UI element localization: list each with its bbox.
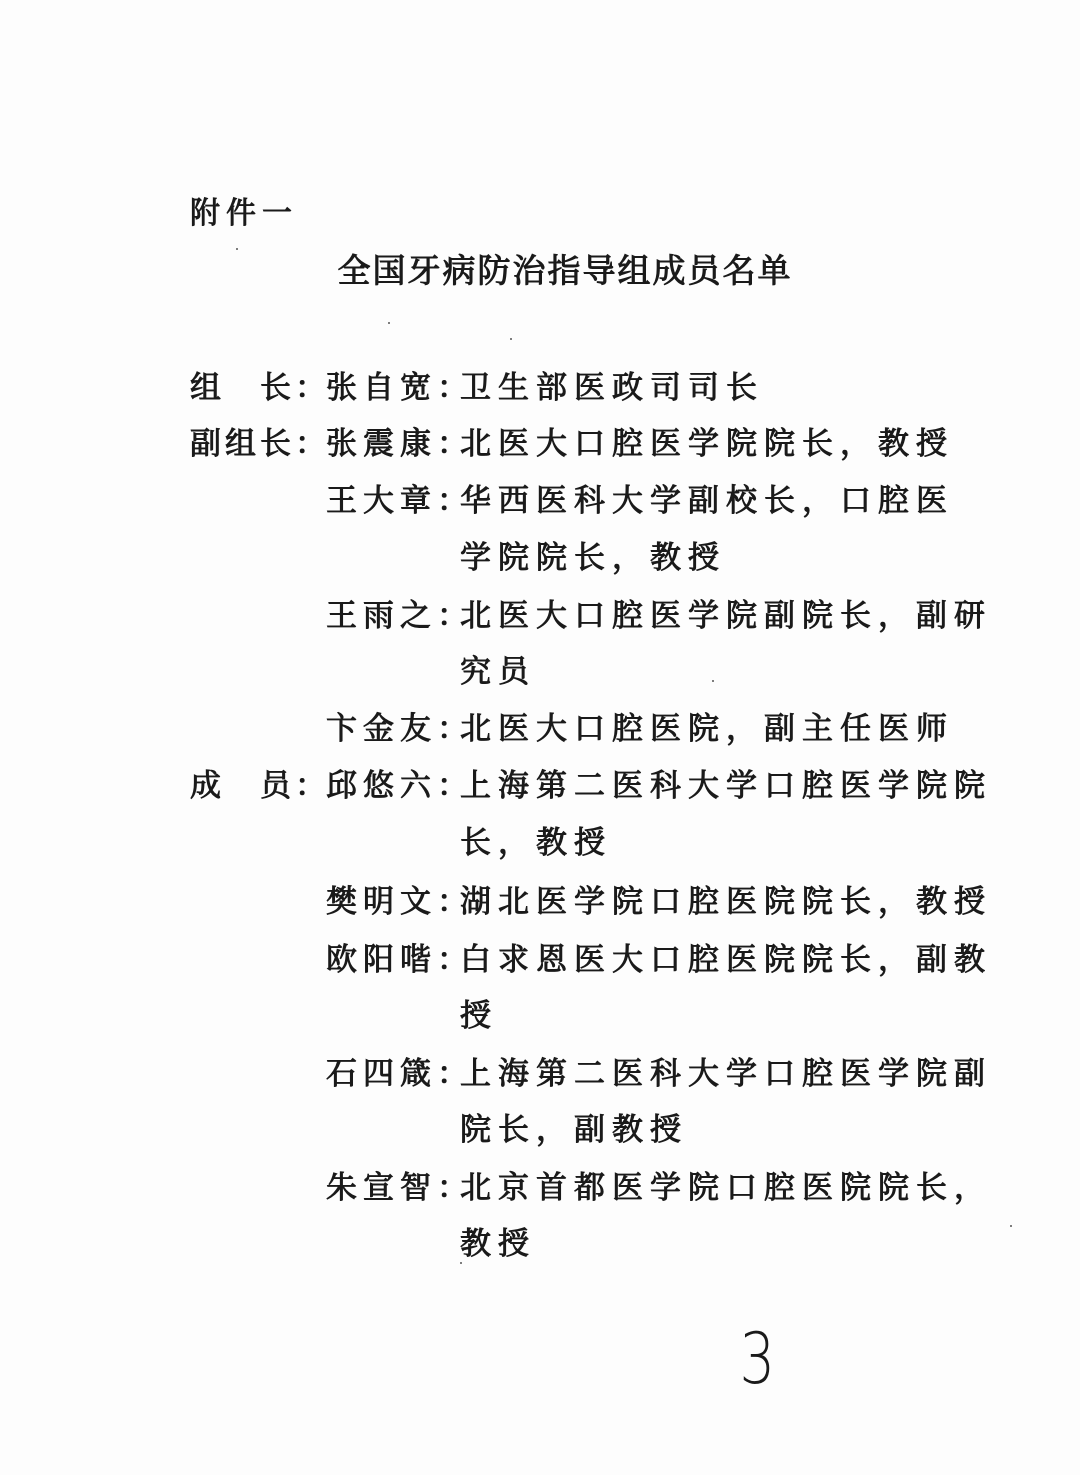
handwritten-page-number: 3 <box>739 1318 775 1400</box>
role-label-deputy-leader: 副组长： <box>190 418 310 463</box>
member-name: 卞金友： <box>326 703 474 748</box>
document-title: 全国牙病防治指导组成员名单 <box>0 245 1080 292</box>
role-label-leader: 组 长： <box>190 362 310 407</box>
member-name: 樊明文： <box>326 876 474 921</box>
scan-speck <box>1010 1225 1012 1227</box>
member-title: 北京首都医学院口腔医院院长， <box>460 1162 992 1207</box>
member-title-continued: 授 <box>460 990 498 1035</box>
member-name: 王大章： <box>326 475 474 520</box>
member-name: 张震康： <box>326 418 474 463</box>
scan-speck <box>510 338 512 340</box>
member-name: 邱悠六： <box>326 760 474 805</box>
scan-speck <box>236 248 238 250</box>
member-title-continued: 院长，副教授 <box>460 1104 688 1149</box>
scan-speck <box>712 680 714 682</box>
member-title-continued: 究员 <box>460 646 536 691</box>
member-title-continued: 教授 <box>460 1218 536 1263</box>
member-title-continued: 学院院长，教授 <box>460 532 726 577</box>
attachment-label: 附件一 <box>190 188 298 232</box>
member-name: 朱宣智： <box>326 1162 474 1207</box>
member-title: 上海第二医科大学口腔医学院院 <box>460 760 992 805</box>
member-name: 石四箴： <box>326 1048 474 1093</box>
member-title: 卫生部医政司司长 <box>460 362 764 407</box>
member-name: 欧阳喈： <box>326 934 474 979</box>
member-title: 华西医科大学副校长，口腔医 <box>460 475 954 520</box>
member-name: 张自宽： <box>326 362 474 407</box>
member-title: 湖北医学院口腔医院院长，教授 <box>460 876 992 921</box>
member-title: 白求恩医大口腔医院院长，副教 <box>460 934 992 979</box>
scan-speck <box>388 322 390 324</box>
role-label-member: 成 员： <box>190 760 310 805</box>
member-name: 王雨之： <box>326 590 474 635</box>
member-title: 北医大口腔医学院副院长，副研 <box>460 590 992 635</box>
document-page: 附件一 全国牙病防治指导组成员名单 组 长： 张自宽： 卫生部医政司司长 副组长… <box>0 0 1080 1475</box>
member-title: 上海第二医科大学口腔医学院副 <box>460 1048 992 1093</box>
member-title: 北医大口腔医院，副主任医师 <box>460 703 954 748</box>
scan-speck <box>460 1262 462 1264</box>
member-title-continued: 长，教授 <box>460 817 612 862</box>
member-title: 北医大口腔医学院院长，教授 <box>460 418 954 463</box>
